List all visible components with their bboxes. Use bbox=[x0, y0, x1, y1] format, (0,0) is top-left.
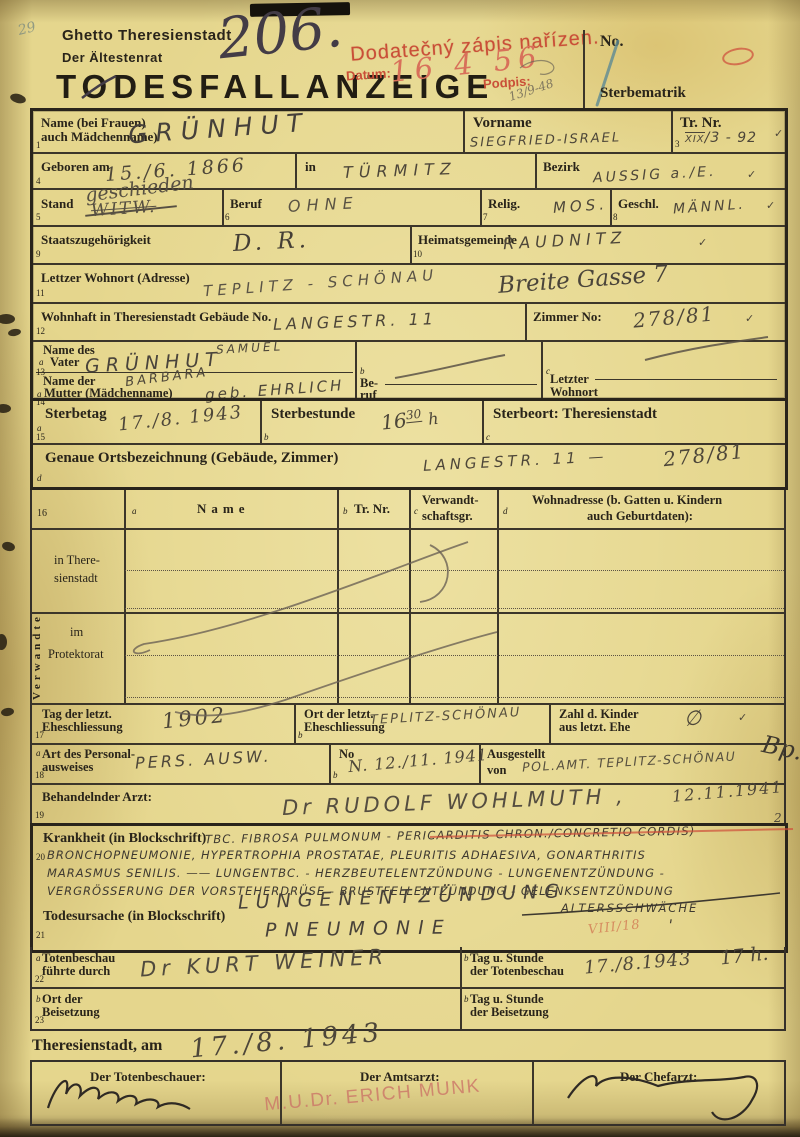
printed-rule bbox=[595, 379, 777, 380]
beisetzung-zeit-label2: der Beisetzung bbox=[470, 1006, 549, 1019]
col-adr-header1: Wohnadresse (b. Gatten u. Kindern bbox=[532, 494, 722, 507]
trnr-roman: XIX bbox=[685, 132, 705, 145]
sterbetag-label: Sterbetag bbox=[45, 407, 107, 422]
vorname-label: Vorname bbox=[473, 116, 532, 131]
name-value: GRÜNHUT bbox=[127, 110, 310, 148]
col-sub: a bbox=[132, 506, 137, 516]
field-number: 20 bbox=[36, 852, 45, 862]
geschl-value: MÄNNL. bbox=[673, 197, 747, 216]
sig-totenbeschauer-label: Der Totenbeschauer: bbox=[90, 1070, 206, 1083]
col-divider bbox=[295, 152, 297, 188]
field-number: 21 bbox=[36, 930, 45, 940]
field-number: 8 bbox=[613, 212, 618, 222]
dotted-rule bbox=[125, 697, 784, 698]
krankheit-line5: ALTERSSCHWÄCHE bbox=[561, 903, 698, 915]
sterbematrik-label: Sterbematrik bbox=[600, 86, 686, 101]
col-divider bbox=[549, 703, 551, 743]
col-divider bbox=[222, 188, 224, 225]
col-divider bbox=[535, 152, 537, 188]
genaue-label: Genaue Ortsbezeichnung (Gebäude, Zimmer) bbox=[45, 451, 338, 466]
field-sub: b bbox=[464, 994, 469, 1004]
field-sub: d bbox=[37, 473, 42, 483]
header-divider bbox=[583, 30, 585, 108]
dotted-rule bbox=[125, 570, 784, 571]
field-number: 3 bbox=[675, 139, 680, 149]
field-sub: a bbox=[39, 357, 44, 367]
col-divider bbox=[671, 111, 673, 152]
col-name-header: Name bbox=[197, 502, 250, 515]
todesfallanzeige-document: 29 Ghetto Theresienstadt Der Ältestenrat… bbox=[0, 0, 800, 1137]
kinder-label2: aus letzt. Ehe bbox=[559, 721, 630, 734]
todesursache-label: Todesursache (in Blockschrift) bbox=[43, 910, 225, 924]
field-sub: b bbox=[360, 366, 365, 376]
row-divider bbox=[32, 783, 784, 785]
row-divider bbox=[33, 443, 785, 445]
col-divider bbox=[337, 490, 339, 703]
field-number: 16 bbox=[37, 508, 47, 519]
genaue-value: LANGESTR. 11 — bbox=[423, 449, 608, 474]
col-divider bbox=[124, 490, 126, 703]
bezirk-value: AUSSIG a./E. bbox=[593, 165, 717, 185]
geboren-label: Geboren am bbox=[41, 160, 110, 173]
row-divider bbox=[33, 340, 785, 342]
edge-mark bbox=[7, 328, 21, 337]
todesursache-line2: PNEUMONIE bbox=[265, 918, 452, 940]
row-divider bbox=[33, 263, 785, 265]
checkmark: ✓ bbox=[766, 200, 778, 211]
bezirk-label: Bezirk bbox=[543, 160, 580, 173]
krankheit-label: Krankheit (in Blockschrift) bbox=[43, 832, 206, 846]
vorname-value: SIEGFRIED-ISRAEL bbox=[470, 131, 621, 149]
vater-label-line2: Vater bbox=[50, 356, 79, 369]
krankheit-line1: TBC. FIBROSA PULMONUM - PERICARDITIS CHR… bbox=[205, 826, 696, 846]
hour: 16 bbox=[380, 408, 408, 435]
field-number: 15 bbox=[36, 432, 45, 442]
edge-mark bbox=[0, 634, 7, 650]
table-header-rule bbox=[32, 528, 784, 530]
arzt-value: Dr RUDOLF WOHLMUTH , bbox=[282, 786, 627, 819]
ehe-tag-label1: Tag der letzt. bbox=[42, 708, 112, 721]
row-label-protektorat-1: im bbox=[70, 626, 83, 639]
section-divider bbox=[32, 612, 784, 614]
edge-mark bbox=[1, 707, 15, 717]
col-divider bbox=[525, 302, 527, 340]
edge-mark bbox=[1, 541, 16, 553]
stand-label: Stand bbox=[41, 197, 74, 210]
beschau-zeit-label2: der Totenbeschau bbox=[470, 965, 564, 978]
totenbeschau-label1: Totenbeschau bbox=[42, 952, 115, 965]
ehe-tag-value: 1902 bbox=[161, 705, 228, 733]
sterbestunde-value: 1630 h bbox=[380, 406, 439, 433]
krankheit-line3: MARASMUS SENILIS. —— LUNGENTBC. - HERZBE… bbox=[47, 868, 665, 880]
edge-mark bbox=[0, 404, 11, 413]
checkmark: ✓ bbox=[774, 128, 786, 139]
org-name-line2: Der Ältestenrat bbox=[62, 51, 163, 64]
row-label-theresienstadt-1: in There- bbox=[54, 554, 100, 567]
col-divider bbox=[329, 743, 331, 783]
col-divider bbox=[294, 703, 296, 743]
relig-value: MOS. bbox=[553, 197, 609, 216]
beschau-zeit-value: 17./8.1943 bbox=[583, 950, 692, 977]
case-number-handwritten: 206. bbox=[215, 0, 345, 68]
field-sub: c bbox=[486, 432, 490, 442]
field-number: 9 bbox=[36, 249, 41, 259]
field-number: 10 bbox=[413, 249, 422, 259]
col-divider bbox=[497, 490, 499, 703]
stamp-datum-label: Datum: bbox=[346, 66, 392, 82]
col-sub: c bbox=[414, 506, 418, 516]
row-divider bbox=[32, 743, 784, 745]
kinder-value: ∅ bbox=[683, 707, 703, 729]
field-sub: a bbox=[36, 953, 41, 963]
row-divider bbox=[33, 302, 785, 304]
printed-rule bbox=[385, 384, 537, 385]
trnr-rest: /3 - 92 bbox=[705, 130, 757, 146]
sterbeort-label: Sterbeort: Theresienstadt bbox=[493, 407, 657, 422]
edge-mark bbox=[9, 92, 27, 105]
col-divider bbox=[541, 340, 543, 398]
field-sub: a bbox=[36, 748, 41, 758]
hour-unit: h bbox=[427, 409, 439, 429]
red-registry-mark: VIII/18 bbox=[587, 918, 641, 936]
wohnhaft-value: LANGESTR. 11 bbox=[273, 311, 437, 333]
field-number: 7 bbox=[483, 212, 488, 222]
field-sub: b bbox=[464, 953, 469, 963]
ausweis-no-value: N. 12./11. 1941 bbox=[348, 747, 489, 775]
org-name-line1: Ghetto Theresienstadt bbox=[62, 28, 232, 43]
field-sub: b bbox=[333, 770, 338, 780]
geschl-label: Geschl. bbox=[618, 197, 659, 210]
field-number: 5 bbox=[36, 212, 41, 222]
wohnhaft-label: Wohnhaft in Theresienstadt Gebäude No. bbox=[41, 310, 271, 323]
ausgestellt-value: POL.AMT. TEPLITZ-SCHÖNAU bbox=[522, 750, 737, 774]
arzt-label: Behandelnder Arzt: bbox=[42, 790, 152, 803]
zimmer-label: Zimmer No: bbox=[533, 310, 602, 323]
staat-label: Staatszugehörigkeit bbox=[41, 233, 151, 246]
field-number: 12 bbox=[36, 326, 45, 336]
field-number: 19 bbox=[35, 810, 44, 820]
col-verw-header2: schaftsgr. bbox=[422, 510, 473, 523]
checkmark: ✓ bbox=[745, 313, 757, 324]
edge-mark bbox=[0, 314, 15, 324]
death-box: Sterbetag a 15 17./8. 1943 Sterbestunde … bbox=[30, 398, 788, 490]
trnr-label: Tr. Nr. bbox=[680, 116, 722, 131]
relig-label: Relig. bbox=[488, 197, 520, 210]
wohnort-value: TEPLITZ - SCHÖNAU bbox=[203, 268, 439, 299]
sterbestunde-label: Sterbestunde bbox=[271, 407, 355, 422]
col-divider bbox=[410, 225, 412, 263]
relatives-and-doctor-frame: 16 a Name b Tr. Nr. c Verwandt- schaftsg… bbox=[30, 490, 786, 823]
vater-wohnort-label2: Wohnort bbox=[550, 386, 598, 399]
beisetzung-ort-label2: Beisetzung bbox=[42, 1006, 100, 1019]
red-oval-mark bbox=[721, 45, 755, 67]
beisetzung-zeit-label1: Tag u. Stunde bbox=[470, 993, 544, 1006]
inspection-rows: a Totenbeschau führte durch 22 Dr KURT W… bbox=[30, 947, 786, 1031]
field-sub: b bbox=[298, 730, 303, 740]
field-sub: b bbox=[36, 994, 41, 1004]
field-number: 18 bbox=[35, 770, 44, 780]
row-divider bbox=[33, 152, 785, 154]
field-number: 17 bbox=[35, 730, 44, 740]
ink-tick: ' bbox=[667, 918, 674, 933]
main-form-box: Name (bei Frauen) auch Mädchenname) 1 GR… bbox=[30, 108, 788, 401]
ausgestellt-label2: von bbox=[487, 764, 506, 777]
heimat-value: RAUDNITZ bbox=[503, 230, 627, 252]
signature-boxes: Der Totenbeschauer: Der Amtsarzt: M.U.Dr… bbox=[30, 1060, 786, 1126]
field-number: 6 bbox=[225, 212, 230, 222]
wohnort-label: Lettzer Wohnort (Adresse) bbox=[41, 271, 190, 284]
ausweis-value: PERS. AUSW. bbox=[135, 748, 272, 771]
col-divider bbox=[260, 401, 262, 443]
col-verw-header1: Verwandt- bbox=[422, 494, 478, 507]
corner-pencil-note: 29 bbox=[17, 20, 38, 38]
illness-box: Krankheit (in Blockschrift) 20 TBC. FIBR… bbox=[30, 823, 788, 953]
trnr-value: XIX/3 - 92 bbox=[685, 131, 757, 145]
zimmer-value: 278/81 bbox=[632, 303, 716, 330]
geboren-in-value: TÜRMITZ bbox=[343, 161, 457, 181]
footer-place-label: Theresienstadt, am bbox=[32, 1038, 162, 1054]
col-divider bbox=[480, 188, 482, 225]
col-sub: b bbox=[343, 506, 348, 516]
field-number: 22 bbox=[35, 974, 44, 984]
krankheit-line2: BRONCHOPNEUMONIE, HYPERTROPHIA PROSTATAE… bbox=[47, 850, 646, 862]
col-divider bbox=[463, 111, 465, 152]
dotted-rule bbox=[125, 608, 784, 609]
row-label-theresienstadt-2: sienstadt bbox=[54, 572, 98, 585]
col-adr-header2: auch Geburtdaten): bbox=[587, 510, 693, 523]
geboren-in-label: in bbox=[305, 160, 316, 173]
field-number: 4 bbox=[36, 176, 41, 186]
minutes: 30 bbox=[405, 407, 422, 424]
row-label-protektorat-2: Protektorat bbox=[48, 648, 104, 661]
col-divider bbox=[355, 340, 357, 398]
sterbetag-value: 17./8. 1943 bbox=[117, 403, 244, 434]
table-bottom-rule bbox=[32, 703, 784, 705]
staat-value: D. R. bbox=[232, 229, 310, 256]
dotted-rule bbox=[125, 655, 784, 656]
field-number: 1 bbox=[36, 140, 41, 150]
col-divider bbox=[532, 1062, 534, 1124]
vater-first-name: SAMUEL bbox=[216, 340, 284, 356]
totenbeschau-value: Dr KURT WEINER bbox=[140, 947, 389, 981]
vater-wohnort-label1: Letzter bbox=[550, 373, 589, 386]
sig-chefarzt-label: Der Chefarzt: bbox=[620, 1070, 697, 1083]
ehe-ort-label1: Ort der letzt. bbox=[304, 708, 374, 721]
ausweis-label2: ausweises bbox=[42, 761, 93, 774]
kinder-label1: Zahl d. Kinder bbox=[559, 708, 639, 721]
field-number: 23 bbox=[35, 1015, 44, 1025]
beschau-zeit-hour: 17 h. bbox=[719, 945, 769, 969]
col-sub: d bbox=[503, 506, 508, 516]
wohnort-value2: Breite Gasse 7 bbox=[497, 263, 668, 298]
beschau-zeit-label1: Tag u. Stunde bbox=[470, 952, 544, 965]
checkmark: ✓ bbox=[698, 237, 710, 248]
genaue-value2: 278/81 bbox=[662, 441, 746, 470]
col-trnr-header: Tr. Nr. bbox=[354, 502, 390, 515]
beruf-label: Beruf bbox=[230, 197, 262, 210]
col-divider bbox=[610, 188, 612, 225]
no-label: No. bbox=[600, 34, 624, 50]
beisetzung-ort-label1: Ort der bbox=[42, 993, 83, 1006]
ehe-tag-label2: Eheschliessung bbox=[42, 721, 123, 734]
field-sub: b bbox=[264, 432, 269, 442]
beruf-value: OHNE bbox=[288, 195, 359, 215]
row-divider bbox=[33, 225, 785, 227]
col-divider bbox=[409, 490, 411, 703]
row-divider bbox=[32, 987, 784, 989]
col-divider bbox=[482, 401, 484, 443]
totenbeschau-label2: führte durch bbox=[42, 965, 110, 978]
checkmark: ✓ bbox=[747, 169, 759, 180]
checkmark: ✓ bbox=[738, 712, 750, 723]
verwandte-side-label: Verwandte bbox=[32, 580, 43, 700]
field-number: 11 bbox=[36, 288, 45, 298]
ehe-ort-value: TEPLITZ-SCHÖNAU bbox=[370, 706, 522, 727]
ausweis-label1: Art des Personal- bbox=[42, 748, 135, 761]
